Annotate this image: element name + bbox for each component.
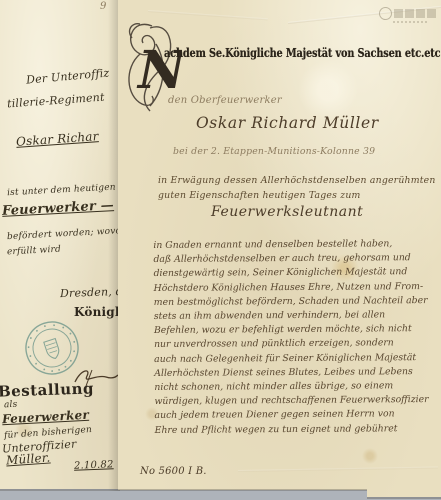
left-doc-line: erfüllt wird [7, 245, 61, 258]
main-document-sheet: N achdem Se.Königliche Majestät von Sach… [118, 0, 441, 497]
left-doc-name: Oskar Richar [16, 129, 99, 149]
watermark-glyph-block [394, 9, 403, 18]
watermark-glyph-block [427, 9, 436, 18]
intro-line: in Erwägung dessen Allerhöchstdenselben … [158, 173, 436, 188]
watermark-glyph-block [405, 9, 414, 18]
corner-mark: 9 [100, 1, 107, 12]
paper-bottom-edge [367, 497, 441, 499]
docket-number: No 5600 I B. [140, 466, 207, 477]
left-doc-name2: Müller. [6, 450, 51, 467]
body-line: nur unverdrossen und pünktlich erzeigen,… [154, 336, 428, 352]
paper-crease [238, 467, 438, 472]
body-line: Ehre und Pflicht wegen zu tun eignet und… [155, 422, 429, 438]
body-line: dienstgewärtig sein, Seiner Königlichen … [154, 265, 428, 281]
watermark-glyph-block [416, 9, 425, 18]
bestallung-heading: Bestallung [0, 379, 94, 400]
watermark-logo-icon [379, 7, 392, 20]
body-paragraph: in Gnaden ernannt und denselben bestelle… [153, 237, 428, 438]
rank-heading: Feuerwerksleutnant [211, 204, 363, 220]
left-doc-line: tillerie-Regiment [7, 91, 105, 111]
document-headline: achdem Se.Königliche Majestät von Sachse… [164, 45, 441, 60]
body-line: auch jedem treuen Diener gegen seinen He… [154, 407, 428, 423]
body-line: men bestmöglichst befördern, Schaden und… [154, 294, 428, 310]
salutation-line: den Oberfeuerwerker [168, 95, 282, 106]
recipient-name: Oskar Richard Müller [196, 114, 379, 132]
intro-paragraph: in Erwägung dessen Allerhöchstdenselben … [158, 173, 436, 203]
left-doc-rank2: Feuerwerker [2, 408, 90, 427]
unit-line: bei der 2. Etappen-Munitions-Kolonne 39 [173, 146, 375, 157]
watermark-subtext-line [393, 21, 427, 23]
paper-bottom-edge [0, 489, 367, 491]
photo-watermark [379, 7, 436, 23]
left-doc-line: Der Unteroffiz [26, 66, 110, 86]
intro-line: guten Eigenschaften heutigen Tages zum [158, 188, 436, 203]
auction-photo: 9 Der Unteroffiz tillerie-Regiment Oskar… [0, 0, 441, 500]
left-doc-line: als [4, 400, 18, 411]
left-doc-rank: Feuerwerker — [2, 198, 115, 219]
